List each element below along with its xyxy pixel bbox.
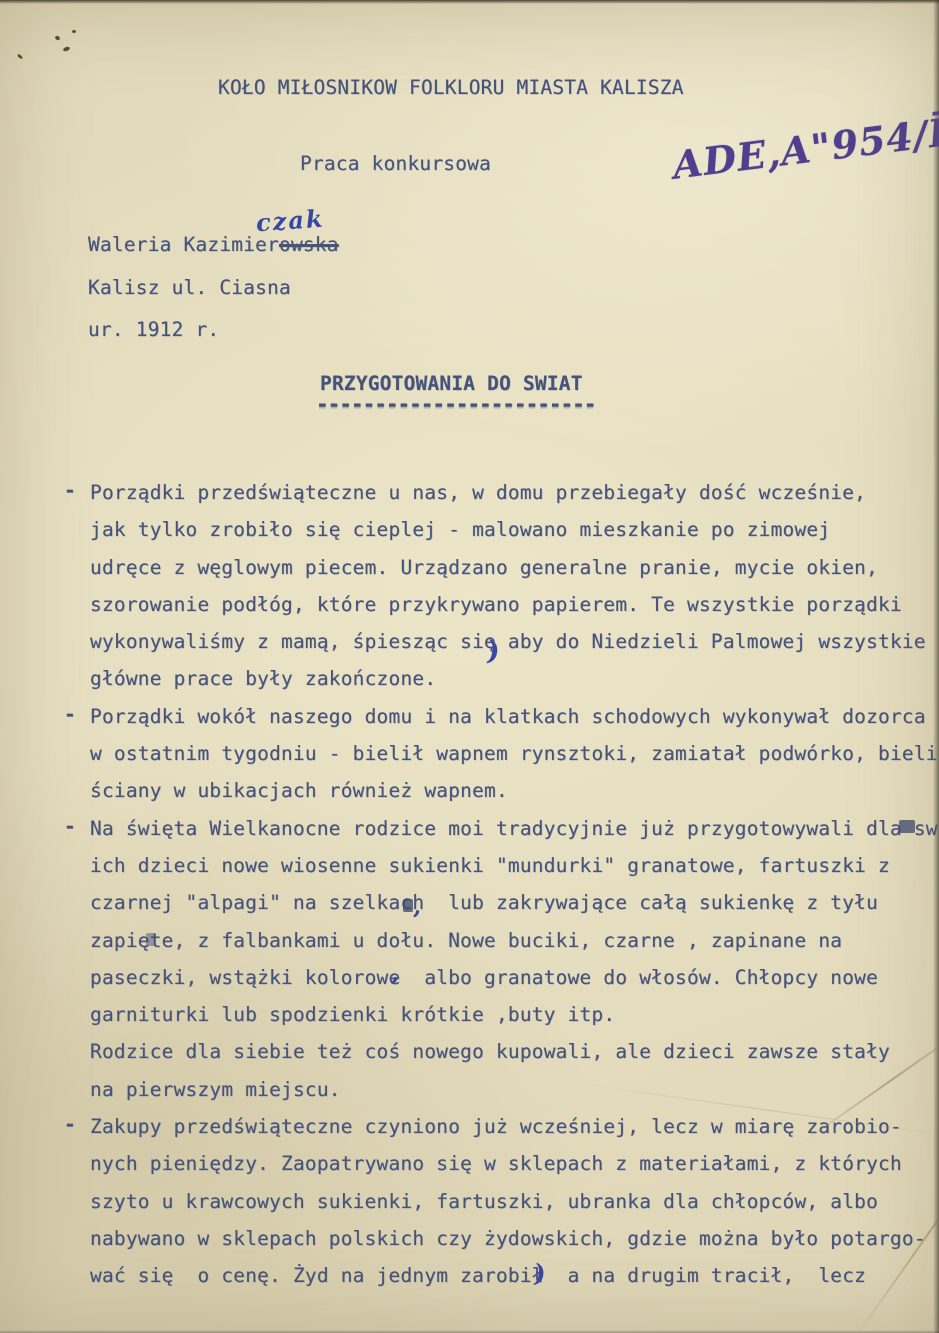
- typed-line: garniturki lub spodzienki krótkie ,buty …: [0, 1003, 939, 1040]
- typed-line-text: Porządki przedświąteczne u nas, w domu p…: [90, 481, 866, 504]
- typed-line-text: w ostatnim tygodniu - bielił wapnem ryns…: [90, 742, 939, 765]
- typed-line-text: Rodzice dla siebie też coś nowego kupowa…: [90, 1040, 890, 1063]
- title-dashed-underline: ------------------------: [316, 392, 595, 416]
- author-name-base: Waleria Kazimier: [88, 233, 279, 256]
- typed-line: -Porządki wokół naszego domu i na klatka…: [0, 705, 939, 742]
- typed-line: udręce z węglowym piecem. Urządzano gene…: [0, 556, 939, 593]
- typed-line: ściany w ubikacjach również wapnem.: [0, 779, 939, 816]
- handwritten-archive-number: ADE,A"954/Ī: [670, 109, 939, 187]
- typed-line-text: nabywano w sklepach polskich czy żydowsk…: [90, 1227, 926, 1250]
- scanned-document-page: KOŁO MIŁOSNIKOW FOLKLORU MIASTA KALISZA …: [0, 0, 939, 1333]
- typed-line-text: Zakupy przedświąteczne czyniono już wcze…: [90, 1115, 902, 1138]
- typed-line-text: paseczki, wstążki kolorowe albo granatow…: [90, 966, 878, 989]
- typed-line: nych pieniędzy. Zaopatrywano się w sklep…: [0, 1152, 939, 1189]
- typed-line-text: czarnej "alpagi" na szelkach lub zakrywa…: [90, 891, 878, 914]
- typed-line: czarnej "alpagi" na szelkach lub zakrywa…: [0, 891, 939, 928]
- typed-line-text: wykonywaliśmy z mamą, śpiesząc się aby d…: [90, 630, 926, 653]
- ink-speck: [54, 35, 60, 41]
- typed-line-text: Na święta Wielkanocne rodzice moi tradyc…: [90, 817, 939, 840]
- typed-line: na pierwszym miejscu.: [0, 1078, 939, 1115]
- typed-line-text: ich dzieci nowe wiosenne sukienki "mundu…: [90, 854, 890, 877]
- typed-line: zapięte, z falbankami u dołu. Nowe bucik…: [0, 929, 939, 966]
- typed-line: główne prace były zakończone.: [0, 667, 939, 704]
- typed-line: szyto u krawcowych sukienki, fartuszki, …: [0, 1190, 939, 1227]
- ink-blot-overstrike: [403, 899, 413, 912]
- typed-line-text: główne prace były zakończone.: [90, 667, 436, 690]
- ink-speck: [17, 53, 24, 59]
- typed-line-text: udręce z węglowym piecem. Urządzano gene…: [90, 556, 878, 579]
- body-lines: -Porządki przedświąteczne u nas, w domu …: [0, 481, 939, 1302]
- typed-line: Rodzice dla siebie też coś nowego kupowa…: [0, 1040, 939, 1077]
- typed-line: jak tylko zrobiło się cieplej - malowano…: [0, 518, 939, 555]
- author-name-struck-suffix: owska: [279, 233, 339, 256]
- ink-blot-overstrike: [146, 933, 155, 946]
- ink-speck: [72, 30, 76, 33]
- typed-line-text: na pierwszym miejscu.: [90, 1078, 341, 1101]
- author-birth-year: ur. 1912 r.: [88, 318, 219, 341]
- typed-line: szorowanie podłóg, które przykrywano pap…: [0, 593, 939, 630]
- typed-line-text: zapięte, z falbankami u dołu. Nowe bucik…: [90, 929, 842, 952]
- typed-line: nabywano w sklepach polskich czy żydowsk…: [0, 1227, 939, 1264]
- author-address: Kalisz ul. Ciasna: [88, 276, 291, 299]
- typed-line: paseczki, wstążki kolorowe albo granatow…: [0, 966, 939, 1003]
- author-name-line: Waleria Kazimierowska: [88, 233, 339, 256]
- typed-line-text: ściany w ubikacjach również wapnem.: [90, 779, 508, 802]
- typed-line-text: jak tylko zrobiło się cieplej - malowano…: [90, 518, 830, 541]
- bullet-dash: -: [64, 1113, 76, 1136]
- typed-line: -Zakupy przedświąteczne czyniono już wcz…: [0, 1115, 939, 1152]
- bullet-dash: -: [64, 479, 76, 502]
- typed-line-text: szorowanie podłóg, które przykrywano pap…: [90, 593, 902, 616]
- bullet-dash: -: [64, 703, 76, 726]
- typed-line: w ostatnim tygodniu - bielił wapnem ryns…: [0, 742, 939, 779]
- typed-line: -Na święta Wielkanocne rodzice moi trady…: [0, 817, 939, 854]
- scan-edge-top: [0, 0, 939, 4]
- typed-line: wykonywaliśmy z mamą, śpiesząc się aby d…: [0, 630, 939, 667]
- typed-line: wać się o cenę. Żyd na jednym zarobił a …: [0, 1264, 939, 1301]
- typed-line-text: nych pieniędzy. Zaopatrywano się w sklep…: [90, 1152, 902, 1175]
- work-subtitle: Praca konkursowa: [300, 152, 491, 175]
- typed-line-text: garniturki lub spodzienki krótkie ,buty …: [90, 1003, 615, 1026]
- handwritten-name-correction: czak: [255, 204, 325, 238]
- typed-line: ich dzieci nowe wiosenne sukienki "mundu…: [0, 854, 939, 891]
- typed-line-text: Porządki wokół naszego domu i na klatkac…: [90, 705, 926, 728]
- bullet-dash: -: [64, 815, 76, 838]
- ink-blot-overstrike: [899, 820, 915, 833]
- typed-line: -Porządki przedświąteczne u nas, w domu …: [0, 481, 939, 518]
- typed-line-text: wać się o cenę. Żyd na jednym zarobił a …: [90, 1264, 866, 1287]
- ink-speck: [63, 46, 71, 52]
- typed-line-text: szyto u krawcowych sukienki, fartuszki, …: [90, 1190, 878, 1213]
- organization-header: KOŁO MIŁOSNIKOW FOLKLORU MIASTA KALISZA: [218, 76, 684, 99]
